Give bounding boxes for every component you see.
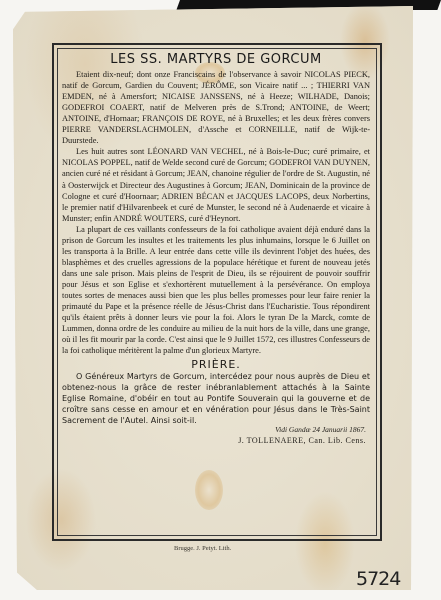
prayer-title: PRIÈRE. — [62, 359, 370, 370]
paragraph-martyrdom-account: La plupart de ces vaillants confesseurs … — [62, 224, 370, 357]
approbation-signature: J. TOLLENAERE, Can. Lib. Cens. — [62, 435, 370, 446]
card-title: LES SS. MARTYRS DE GORCUM — [62, 54, 370, 65]
handwritten-number: 5724 — [356, 568, 400, 590]
prayer-text: O Généreux Martyrs de Gorcum, intercédez… — [62, 371, 370, 426]
printer-credit: Brugge. J. Petyt. Lith. — [174, 545, 231, 552]
paragraph-martyrs-others: Les huit autres sont LÉONARD VAN VECHEL,… — [62, 146, 370, 223]
card-text: LES SS. MARTYRS DE GORCUM Etaient dix-ne… — [62, 52, 370, 446]
paragraph-martyrs-franciscans: Etaient dix-neuf; dont onze Franciscains… — [62, 69, 370, 146]
